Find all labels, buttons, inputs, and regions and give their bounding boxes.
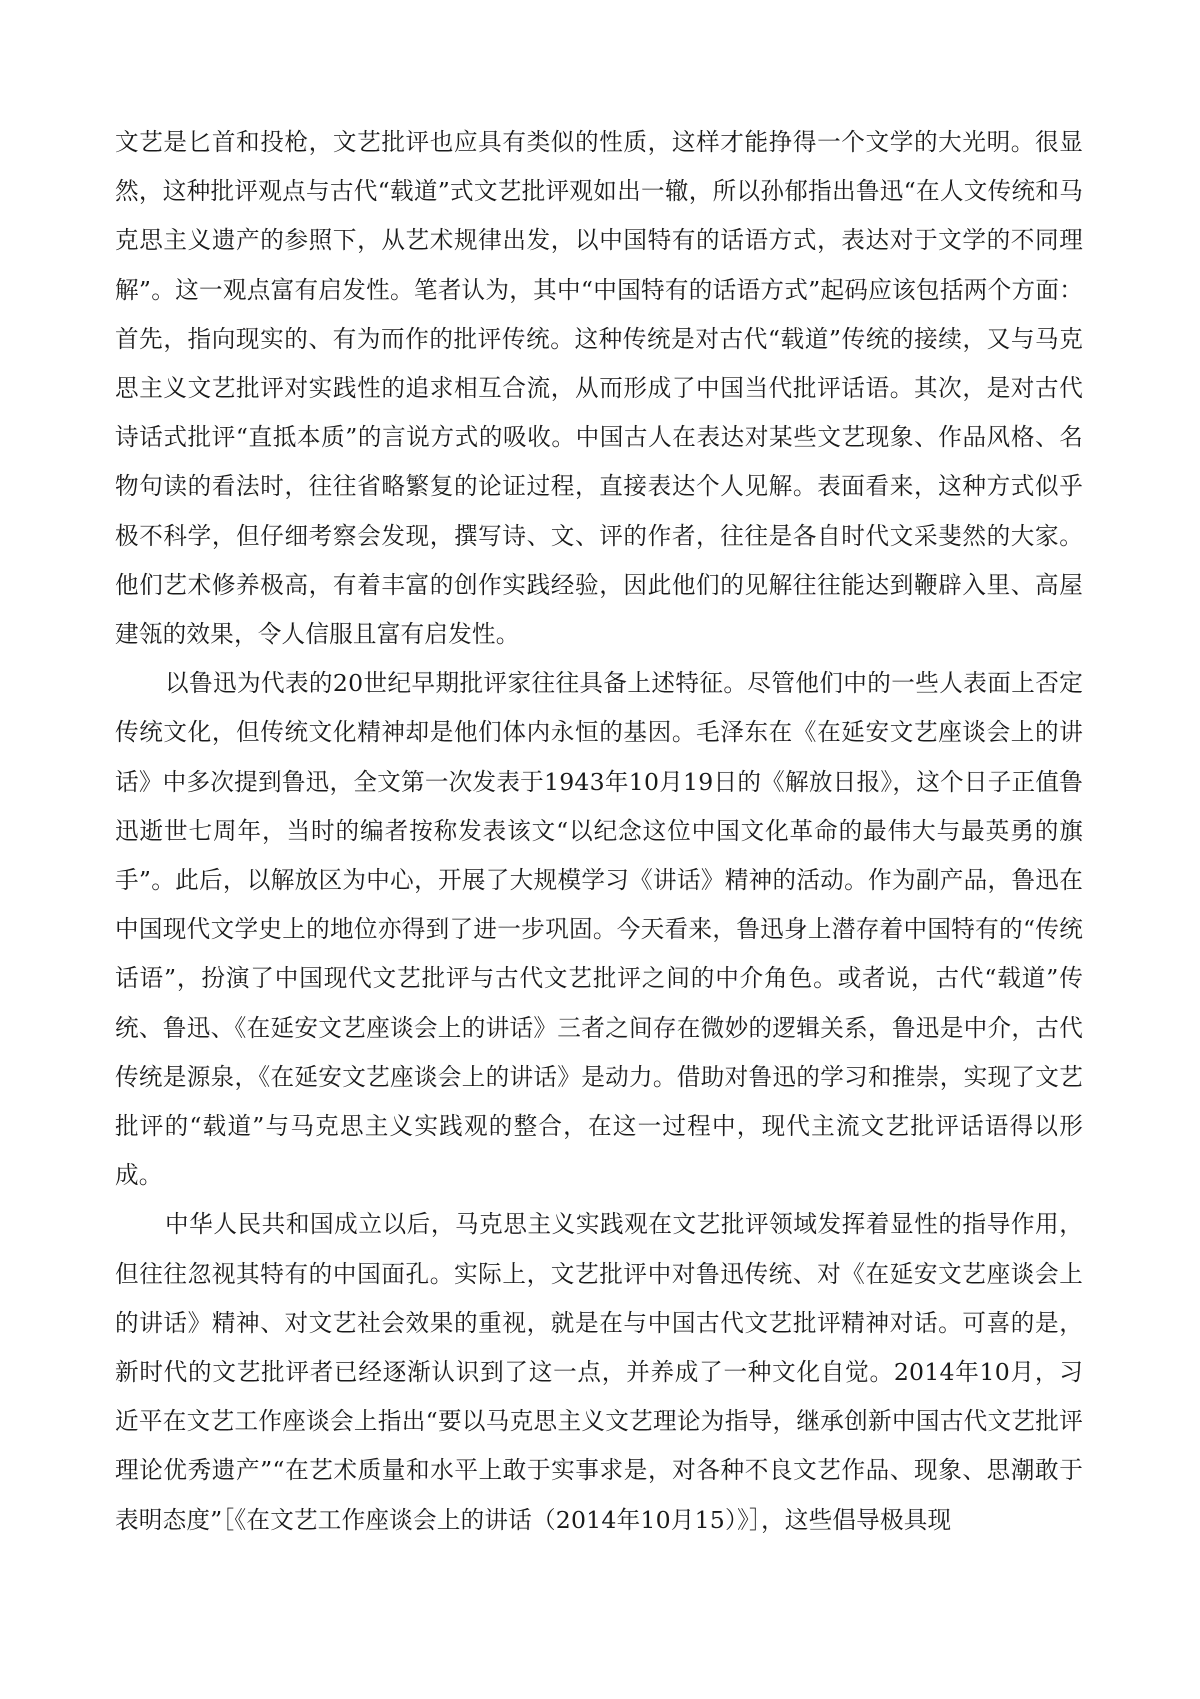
document-page: 文艺是匕首和投枪，文艺批评也应具有类似的性质，这样才能挣得一个文学的大光明。很显… xyxy=(115,118,1083,1545)
paragraph-2: 以鲁迅为代表的20世纪早期批评家往往具备上述特征。尽管他们中的一些人表面上否定传… xyxy=(115,659,1083,1200)
paragraph-1: 文艺是匕首和投枪，文艺批评也应具有类似的性质，这样才能挣得一个文学的大光明。很显… xyxy=(115,118,1083,659)
paragraph-3: 中华人民共和国成立以后，马克思主义实践观在文艺批评领域发挥着显性的指导作用，但往… xyxy=(115,1200,1083,1544)
